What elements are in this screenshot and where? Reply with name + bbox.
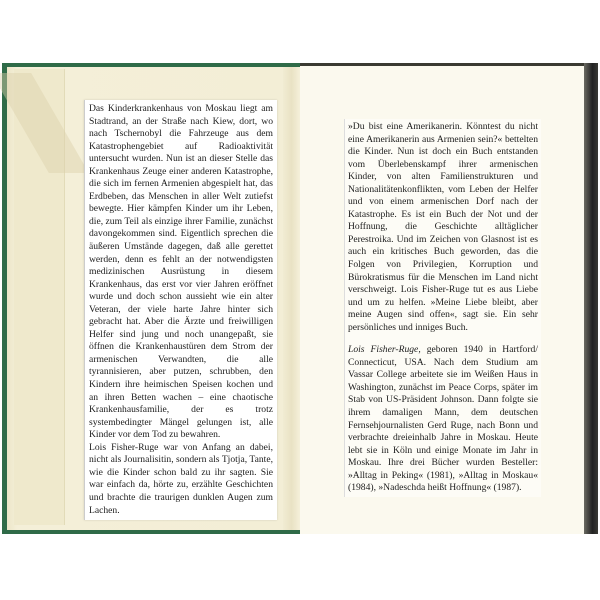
spine-gutter bbox=[283, 67, 300, 530]
left-paragraph-2: Lois Fisher-Ruge war von Anfang an dabei… bbox=[89, 442, 273, 517]
left-paragraph-1: Das Kinderkrankenhaus von Moskau liegt a… bbox=[89, 103, 273, 442]
left-flap-text-clipping: Das Kinderkrankenhaus von Moskau liegt a… bbox=[84, 100, 277, 520]
author-bio-paragraph: Lois Fisher-Ruge, geboren 1940 in Hartfo… bbox=[348, 344, 538, 495]
author-bio-text: , geboren 1940 in Hartford/ Connecticut,… bbox=[348, 344, 538, 493]
paragraph-gap bbox=[348, 334, 538, 344]
blurb-paragraph: »Du bist eine Amerikanerin. Könntest du … bbox=[348, 121, 538, 334]
author-name: Lois Fisher-Ruge bbox=[348, 344, 418, 355]
page-edge-shadow bbox=[584, 63, 598, 534]
right-flap-text-clipping: »Du bist eine Amerikanerin. Könntest du … bbox=[344, 119, 541, 497]
